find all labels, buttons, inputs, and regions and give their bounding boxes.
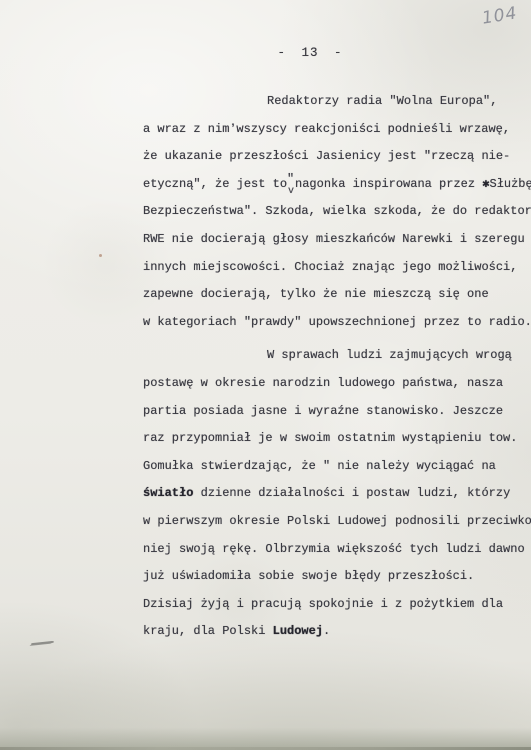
text-line: już uświadomiła sobie swoje błędy przesz… bbox=[143, 563, 525, 591]
text-line: Gomułka stwierdzając, że " nie należy wy… bbox=[143, 453, 525, 481]
handwritten-page-number: 104 bbox=[480, 3, 518, 28]
text-line: raz przypomniał je w swoim ostatnim wyst… bbox=[143, 425, 525, 453]
pencil-dash-mark bbox=[31, 641, 54, 645]
text-line: że ukazanie przeszłości Jasienicy jest "… bbox=[143, 143, 525, 171]
text-line: w pierwszym okresie Polski Ludowej podno… bbox=[143, 508, 525, 536]
scanned-document-page: 104 - 13 - Redaktorzy radia "Wolna Europ… bbox=[0, 0, 531, 750]
text-line: Redaktorzy radia "Wolna Europa", bbox=[143, 88, 525, 116]
paragraph: W sprawach ludzi zajmujących wrogąpostaw… bbox=[143, 342, 525, 646]
text-line: Bezpieczeństwa". Szkoda, wielka szkoda, … bbox=[143, 198, 525, 226]
text-line: w kategoriach "prawdy" upowszechnionej p… bbox=[143, 309, 525, 337]
text-line: innych miejscowości. Chociaż znając jego… bbox=[143, 254, 525, 282]
text-line: etyczną", że jest tonagonka inspirowana … bbox=[143, 171, 525, 199]
text-line: postawę w okresie narodzin ludowego pańs… bbox=[143, 370, 525, 398]
text-line: W sprawach ludzi zajmujących wrogą bbox=[143, 342, 525, 370]
text-line: niej swoją rękę. Olbrzymia większość tyc… bbox=[143, 536, 525, 564]
handwritten-insert-mark bbox=[287, 175, 295, 187]
text-line: światło dzienne działalności i postaw lu… bbox=[143, 480, 525, 508]
text-line: a wraz z nimʼwszyscy reakcjoniści podnie… bbox=[143, 116, 525, 144]
text-line: partia posiada jasne i wyraźne stanowisk… bbox=[143, 398, 525, 426]
paragraph: Redaktorzy radia "Wolna Europa",a wraz z… bbox=[143, 88, 525, 336]
pencil-dot-mark bbox=[99, 254, 102, 257]
text-line: zapewne docierają, tylko że nie mieszczą… bbox=[143, 281, 525, 309]
text-line: kraju, dla Polski Ludowej. bbox=[143, 618, 525, 646]
typed-page-number: - 13 - bbox=[143, 46, 477, 60]
text-line: Dzisiaj żyją i pracują spokojnie i z poż… bbox=[143, 591, 525, 619]
text-line: RWE nie docierają głosy mieszkańców Nare… bbox=[143, 226, 525, 254]
text-body: Redaktorzy radia "Wolna Europa",a wraz z… bbox=[143, 88, 525, 646]
